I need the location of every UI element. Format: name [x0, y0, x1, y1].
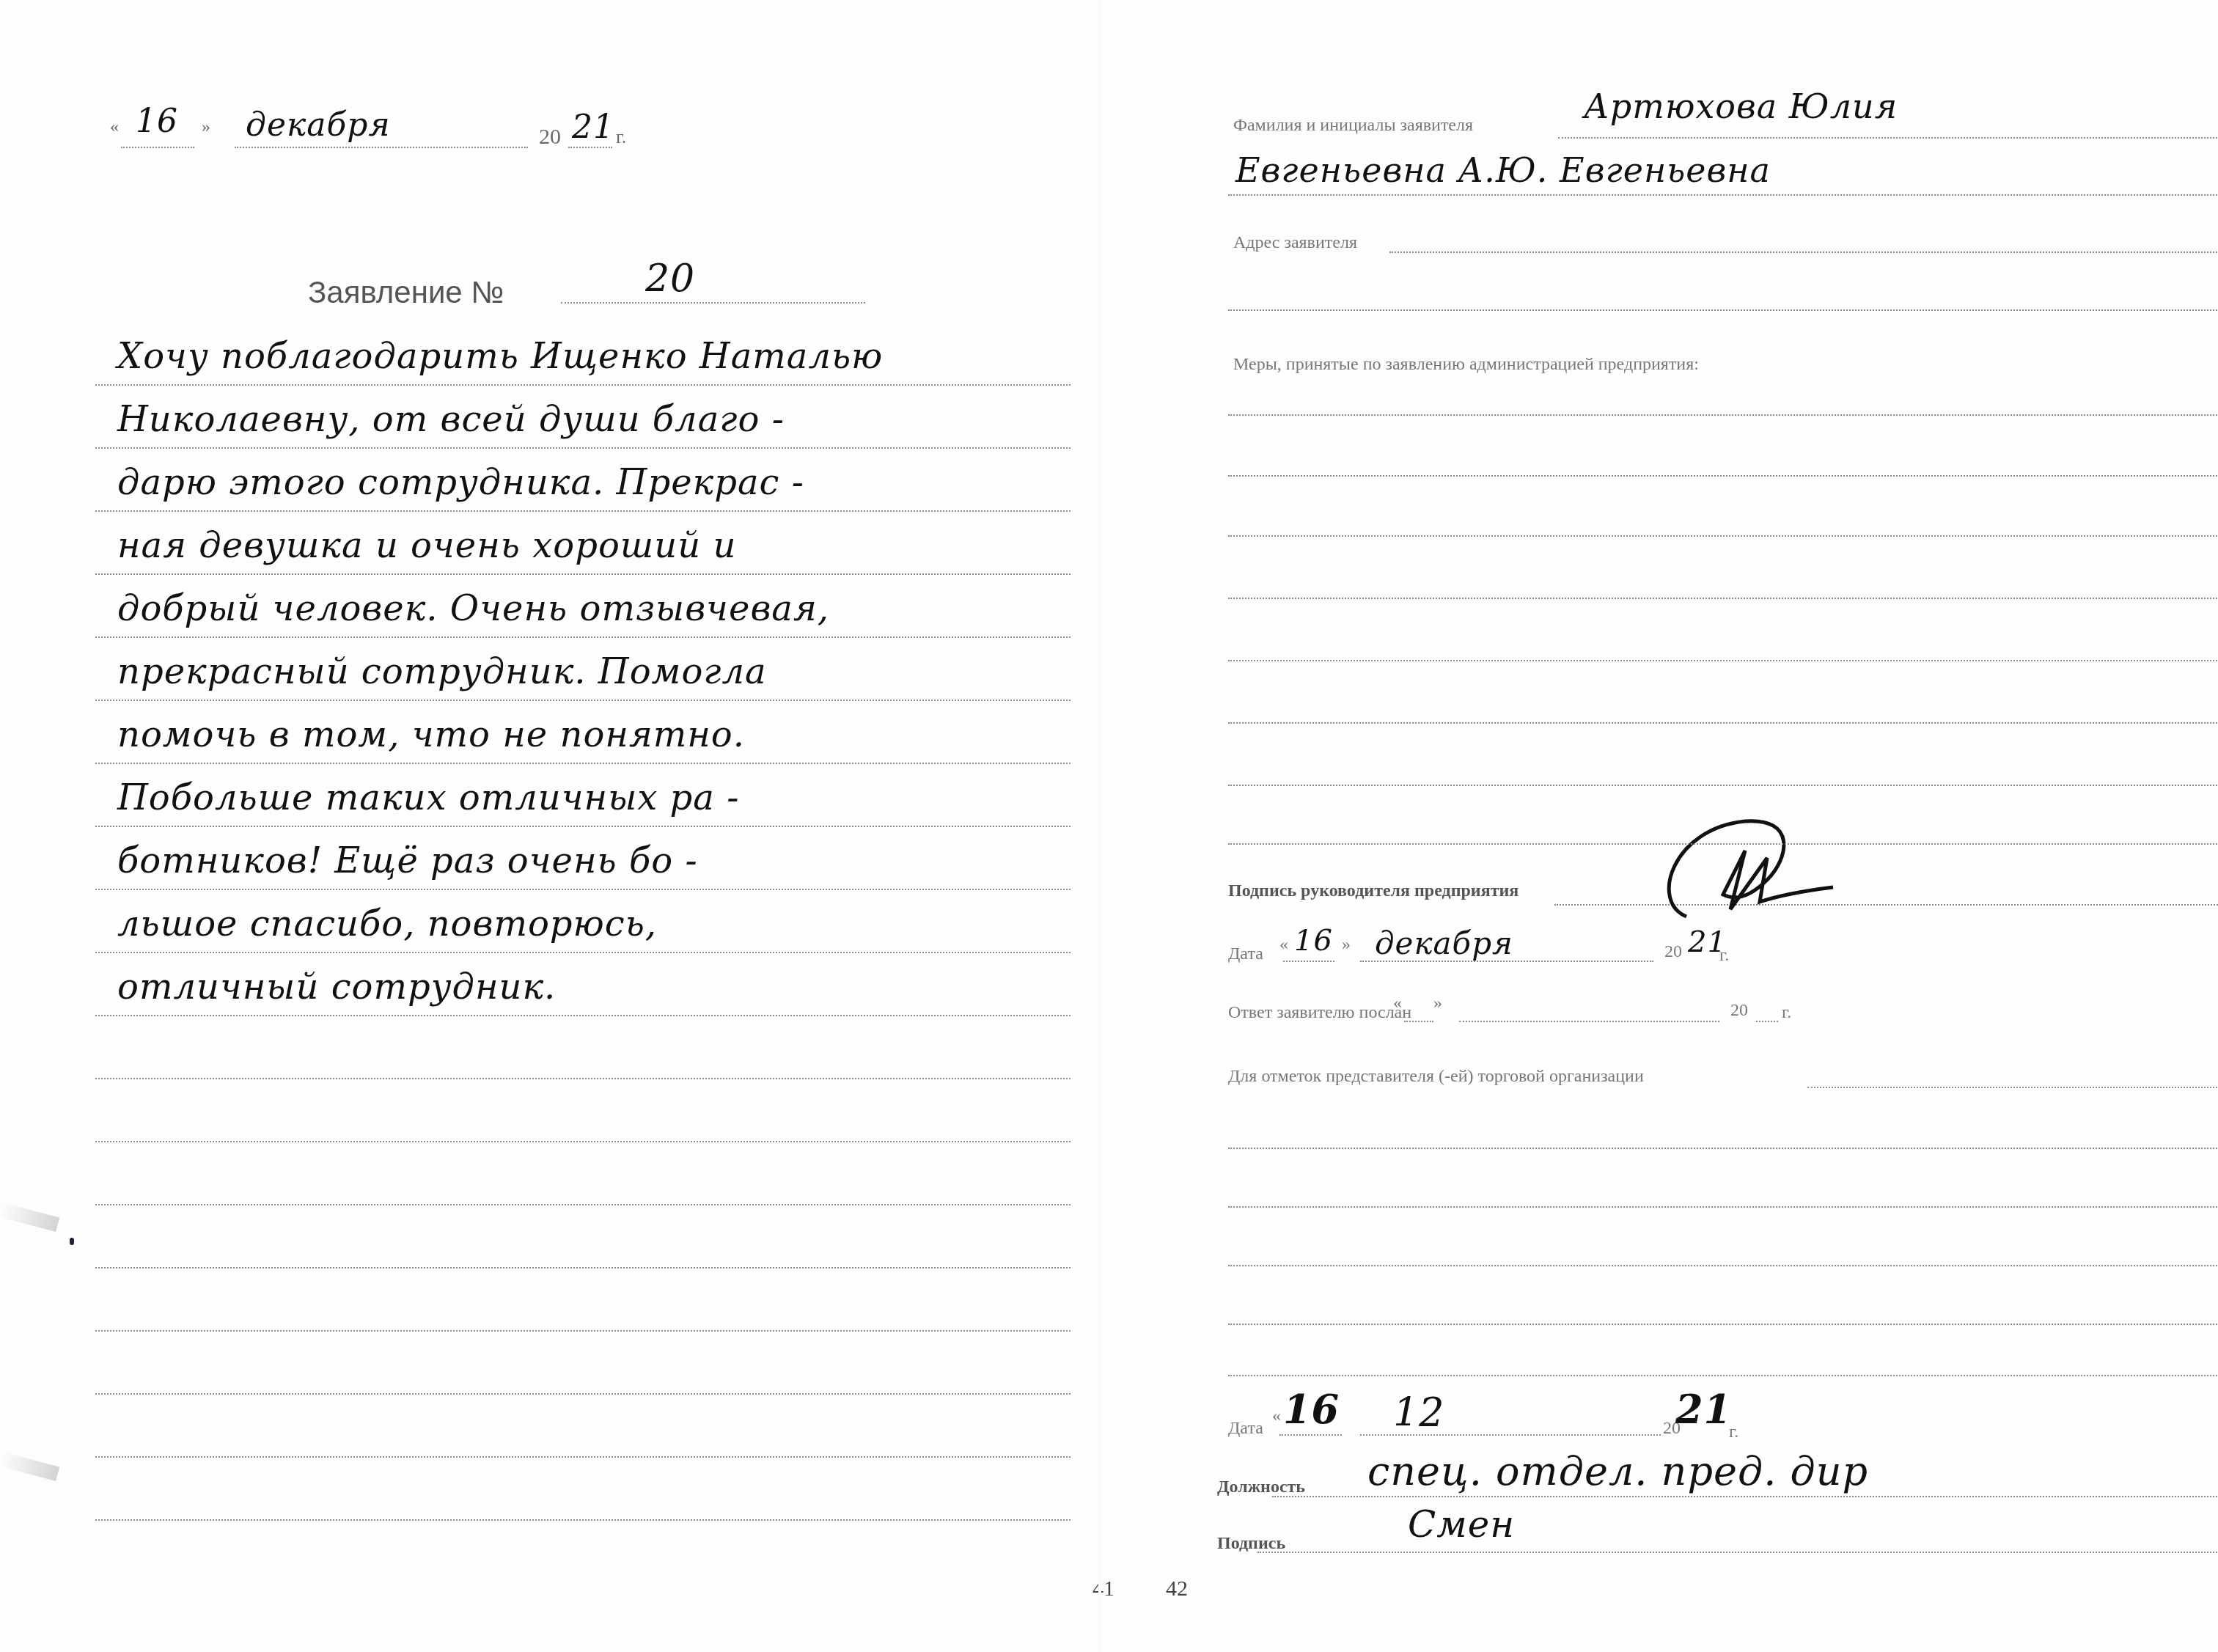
statement-line: льшое спасибо, повторюсь, [95, 890, 1071, 953]
ruled-line [1228, 1324, 2218, 1325]
statement-line-text: льшое спасибо, повторюсь, [117, 903, 657, 944]
statement-title: Заявление № [308, 275, 504, 310]
statement-number: 20 [645, 257, 695, 301]
page-number-right: 42 [1166, 1576, 1188, 1601]
date-day: 16 [136, 103, 178, 140]
ruled-line [1228, 535, 2218, 537]
ruled-line [1228, 1206, 2218, 1208]
applicant-name-line2: Евгеньевна А.Ю. Евгеньевна [1235, 150, 1771, 190]
ruled-line [1228, 1148, 2218, 1149]
ruled-line [1228, 660, 2218, 661]
final-date-day: 16 [1283, 1386, 1340, 1433]
statement-line: ботников! Ещё раз очень бо - [95, 827, 1071, 890]
ruled-line [95, 1519, 1071, 1521]
statement-line [95, 1458, 1071, 1521]
measures-label: Меры, принятые по заявлению администраци… [1233, 355, 1699, 375]
binder-ring-mark [0, 1203, 59, 1232]
ruled-line [1228, 785, 2218, 786]
applicant-signature: Смен [1408, 1503, 1515, 1546]
manager-date-month: декабря [1375, 925, 1513, 961]
final-date-label: Дата [1228, 1419, 1263, 1439]
position-label: Должность [1217, 1477, 1305, 1497]
statement-line-text: помочь в том, что не понятно. [117, 714, 745, 755]
statement-line: ная девушка и очень хороший и [95, 512, 1071, 575]
ruled-line [1228, 414, 2218, 416]
statement-line-text: добрый человек. Очень отзывчевая, [117, 588, 829, 629]
statement-line-text: дарю этого сотрудника. Прекрас - [117, 462, 804, 503]
reply-open-quote: « [1393, 994, 1402, 1013]
manager-date-year-prefix: 20 [1664, 942, 1682, 962]
statement-line: прекрасный сотрудник. Помогла [95, 638, 1071, 701]
manager-date-label: Дата [1228, 944, 1263, 964]
statement-line-text: ная девушка и очень хороший и [117, 525, 736, 566]
statement-line: дарю этого сотрудника. Прекрас - [95, 449, 1071, 512]
manager-date-day: 16 [1294, 924, 1333, 958]
date-month: декабря [246, 106, 391, 144]
applicant-name-label: Фамилия и инициалы заявителя [1233, 116, 1473, 136]
reply-year-prefix: 20 [1730, 1001, 1748, 1021]
final-date-open-quote: « [1272, 1406, 1281, 1426]
statement-line: отличный сотрудник. [95, 953, 1071, 1016]
manager-signature-label: Подпись руководителя предприятия [1228, 881, 1519, 901]
statement-line: помочь в том, что не понятно. [95, 701, 1071, 764]
ruled-line [1228, 843, 2218, 845]
statement-line: Хочу поблагодарить Ищенко Наталью [95, 323, 1071, 386]
statement-line [95, 1142, 1071, 1205]
statement-line [95, 1079, 1071, 1142]
statement-line: Побольше таких отличных ра - [95, 764, 1071, 827]
ruled-line [1228, 475, 2218, 477]
ruled-line [1228, 598, 2218, 599]
date-year-unit: г. [616, 126, 626, 148]
manager-date-close-quote: » [1342, 935, 1351, 955]
final-date-year-suffix: 21 [1675, 1386, 1732, 1433]
statement-line [95, 1395, 1071, 1458]
statement-line [95, 1332, 1071, 1395]
statement-line-text: прекрасный сотрудник. Помогла [117, 651, 767, 692]
applicant-address-label: Адрес заявителя [1233, 233, 1357, 253]
applicant-name-line1: Артюхова Юлия [1584, 87, 1898, 126]
reply-year-unit: г. [1782, 1003, 1791, 1023]
ruled-line [1228, 722, 2218, 724]
statement-line [95, 1205, 1071, 1269]
date-close-quote: » [202, 117, 210, 137]
statement-line-text: Побольше таких отличных ра - [117, 777, 739, 818]
signature-label: Подпись [1217, 1534, 1285, 1554]
statement-line-text: отличный сотрудник. [117, 966, 556, 1007]
statement-line: Николаевну, от всей души благо - [95, 386, 1071, 449]
manager-date-year-unit: г. [1719, 946, 1729, 966]
binder-ring-mark [0, 1452, 59, 1481]
right-page: Фамилия и инициалы заявителя Артюхова Юл… [1100, 0, 2218, 1652]
ink-dot [70, 1238, 74, 1245]
ruled-line [1228, 1265, 2218, 1266]
manager-date-open-quote: « [1279, 935, 1288, 955]
position-value: спец. отдел. пред. дир [1367, 1448, 1868, 1494]
statement-line-text: Николаевну, от всей души благо - [117, 399, 785, 440]
final-date-year-unit: г. [1729, 1422, 1738, 1442]
date-open-quote: « [110, 117, 119, 137]
ruled-line [1228, 1375, 2218, 1376]
reply-sent-label: Ответ заявителю послан [1228, 1003, 1411, 1023]
rep-notes-label: Для отметок представителя (-ей) торговой… [1228, 1067, 1644, 1087]
statement-line: добрый человек. Очень отзывчевая, [95, 575, 1071, 638]
reply-close-quote: » [1433, 994, 1442, 1013]
statement-line-text: ботников! Ещё раз очень бо - [117, 840, 698, 881]
statement-body: Хочу поблагодарить Ищенко НатальюНиколае… [95, 323, 1071, 1521]
manager-signature-scribble [1657, 814, 1848, 924]
left-page: « 16 » декабря 20 21 г. Заявление № 20 Х… [0, 0, 1100, 1652]
statement-line-text: Хочу поблагодарить Ищенко Наталью [117, 336, 883, 377]
date-year-prefix: 20 [539, 125, 561, 150]
statement-line [95, 1016, 1071, 1079]
final-date-month: 12 [1393, 1389, 1445, 1436]
statement-line [95, 1269, 1071, 1332]
date-year-suffix: 21 [572, 109, 614, 146]
